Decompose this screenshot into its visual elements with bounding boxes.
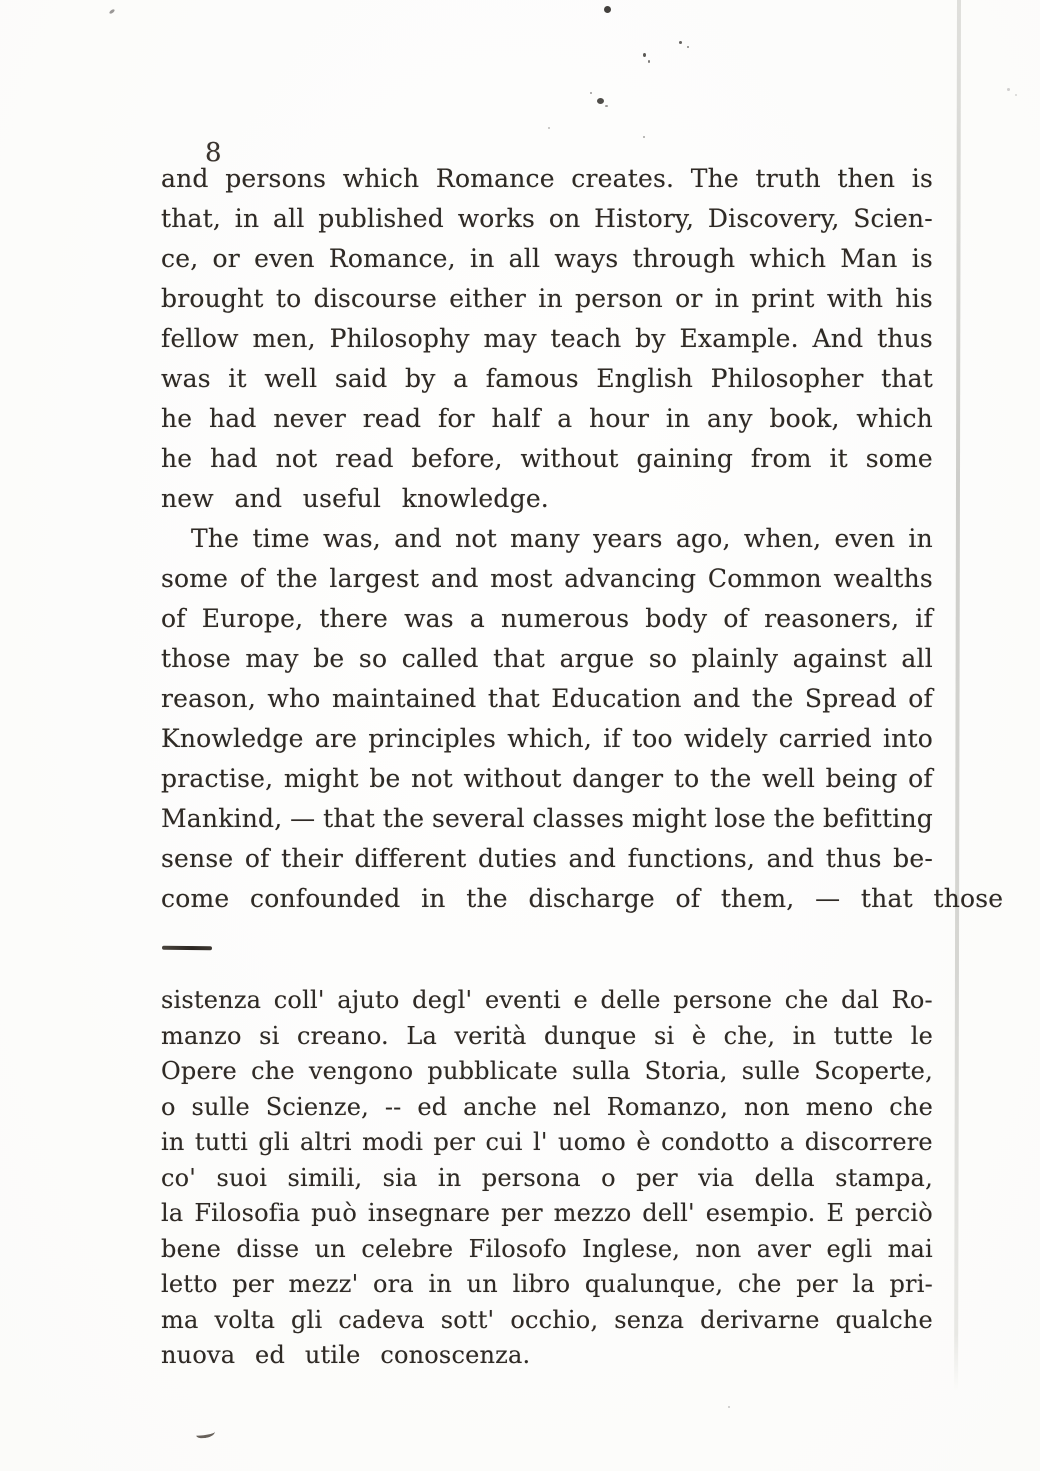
italian-footnote-text-block: sistenzacoll'ajutodegl'eventiedelleperso… <box>161 986 933 1377</box>
text-line: reason,whomaintainedthatEducationandtheS… <box>161 684 933 724</box>
text-line: intuttiglialtrimodipercuil'uomoècondotto… <box>161 1128 933 1164</box>
text-line: hehadneverreadforhalfahourinanybook,whic… <box>161 404 933 444</box>
scan-speck <box>109 9 116 15</box>
text-line: mavoltaglicadevasott'occhio,senzaderivar… <box>161 1306 933 1342</box>
scan-speck <box>590 92 592 94</box>
text-line: OperechevengonopubblicatesullaStoria,sul… <box>161 1057 933 1093</box>
scan-speck <box>1015 94 1017 96</box>
text-line: lettopermezz'orainunlibroqualunque,chepe… <box>161 1270 933 1306</box>
ink-squiggle-mark <box>196 1428 216 1439</box>
scan-speck <box>687 46 689 48</box>
text-line: co'suoisimili,siainpersonaoperviadellast… <box>161 1164 933 1200</box>
text-line: fellowmen,PhilosophymayteachbyExample.An… <box>161 324 933 364</box>
scan-speck <box>597 98 604 104</box>
text-line: andpersonswhichRomancecreates.Thetruthth… <box>161 164 933 204</box>
text-line: Knowledgeareprincipleswhich,iftoowidelyc… <box>161 724 933 764</box>
paragraph: sistenzacoll'ajutodegl'eventiedelleperso… <box>161 986 933 1377</box>
scan-speck <box>679 41 682 44</box>
scan-speck <box>648 60 650 63</box>
scan-speck <box>643 136 645 138</box>
footnote-separator-rule <box>162 944 934 952</box>
text-line: benedisseuncelebreFilosofoInglese,nonave… <box>161 1235 933 1271</box>
text-line: come confounded in the discharge of them… <box>161 884 933 924</box>
text-line: wasitwellsaidbyafamousEnglishPhilosopher… <box>161 364 933 404</box>
text-line: Thetimewas,andnotmanyyearsago,when,eveni… <box>161 524 933 564</box>
text-line: new and useful knowledge. <box>161 484 933 524</box>
text-line: nuova ed utile conoscenza. <box>161 1341 933 1377</box>
paragraph: andpersonswhichRomancecreates.Thetruthth… <box>161 164 933 524</box>
text-line: laFilosofiapuòinsegnarepermezzodell'esem… <box>161 1199 933 1235</box>
text-line: Mankind,—thattheseveralclassesmightloset… <box>161 804 933 844</box>
scan-speck <box>1007 88 1010 91</box>
text-line: practise,mightbenotwithoutdangertothewel… <box>161 764 933 804</box>
text-line: osulleScienze,--edanchenelRomanzo,nonmen… <box>161 1093 933 1129</box>
text-line: ce,orevenRomance,inallwaysthroughwhichMa… <box>161 244 933 284</box>
scanned-book-page: 8 andpersonswhichRomancecreates.Thetruth… <box>0 0 1040 1471</box>
separator-long-segment <box>219 946 934 951</box>
text-line: thosemaybesocalledthatarguesoplainlyagai… <box>161 644 933 684</box>
scan-speck <box>643 53 646 57</box>
scan-speck <box>548 127 550 129</box>
text-line: ofEurope,therewasanumerousbodyofreasoner… <box>161 604 933 644</box>
text-line: manzosicreano.Laveritàdunquesièche,intut… <box>161 1022 933 1058</box>
english-text-block: andpersonswhichRomancecreates.Thetruthth… <box>161 164 933 924</box>
text-line: that,inallpublishedworksonHistory,Discov… <box>161 204 933 244</box>
paragraph: Thetimewas,andnotmanyyearsago,when,eveni… <box>161 524 933 924</box>
text-line: broughttodiscourseeitherinpersonorinprin… <box>161 284 933 324</box>
text-line: someofthelargestandmostadvancingCommonwe… <box>161 564 933 604</box>
page-edge-shadow <box>954 0 961 1390</box>
scan-speck <box>728 1406 730 1408</box>
text-line: senseoftheirdifferentdutiesandfunctions,… <box>161 844 933 884</box>
separator-short-segment <box>162 946 212 951</box>
text-line: hehadnotreadbefore,withoutgainingfromits… <box>161 444 933 484</box>
text-line: sistenzacoll'ajutodegl'eventiedelleperso… <box>161 986 933 1022</box>
scan-speck <box>604 6 611 13</box>
scan-speck <box>605 105 608 107</box>
